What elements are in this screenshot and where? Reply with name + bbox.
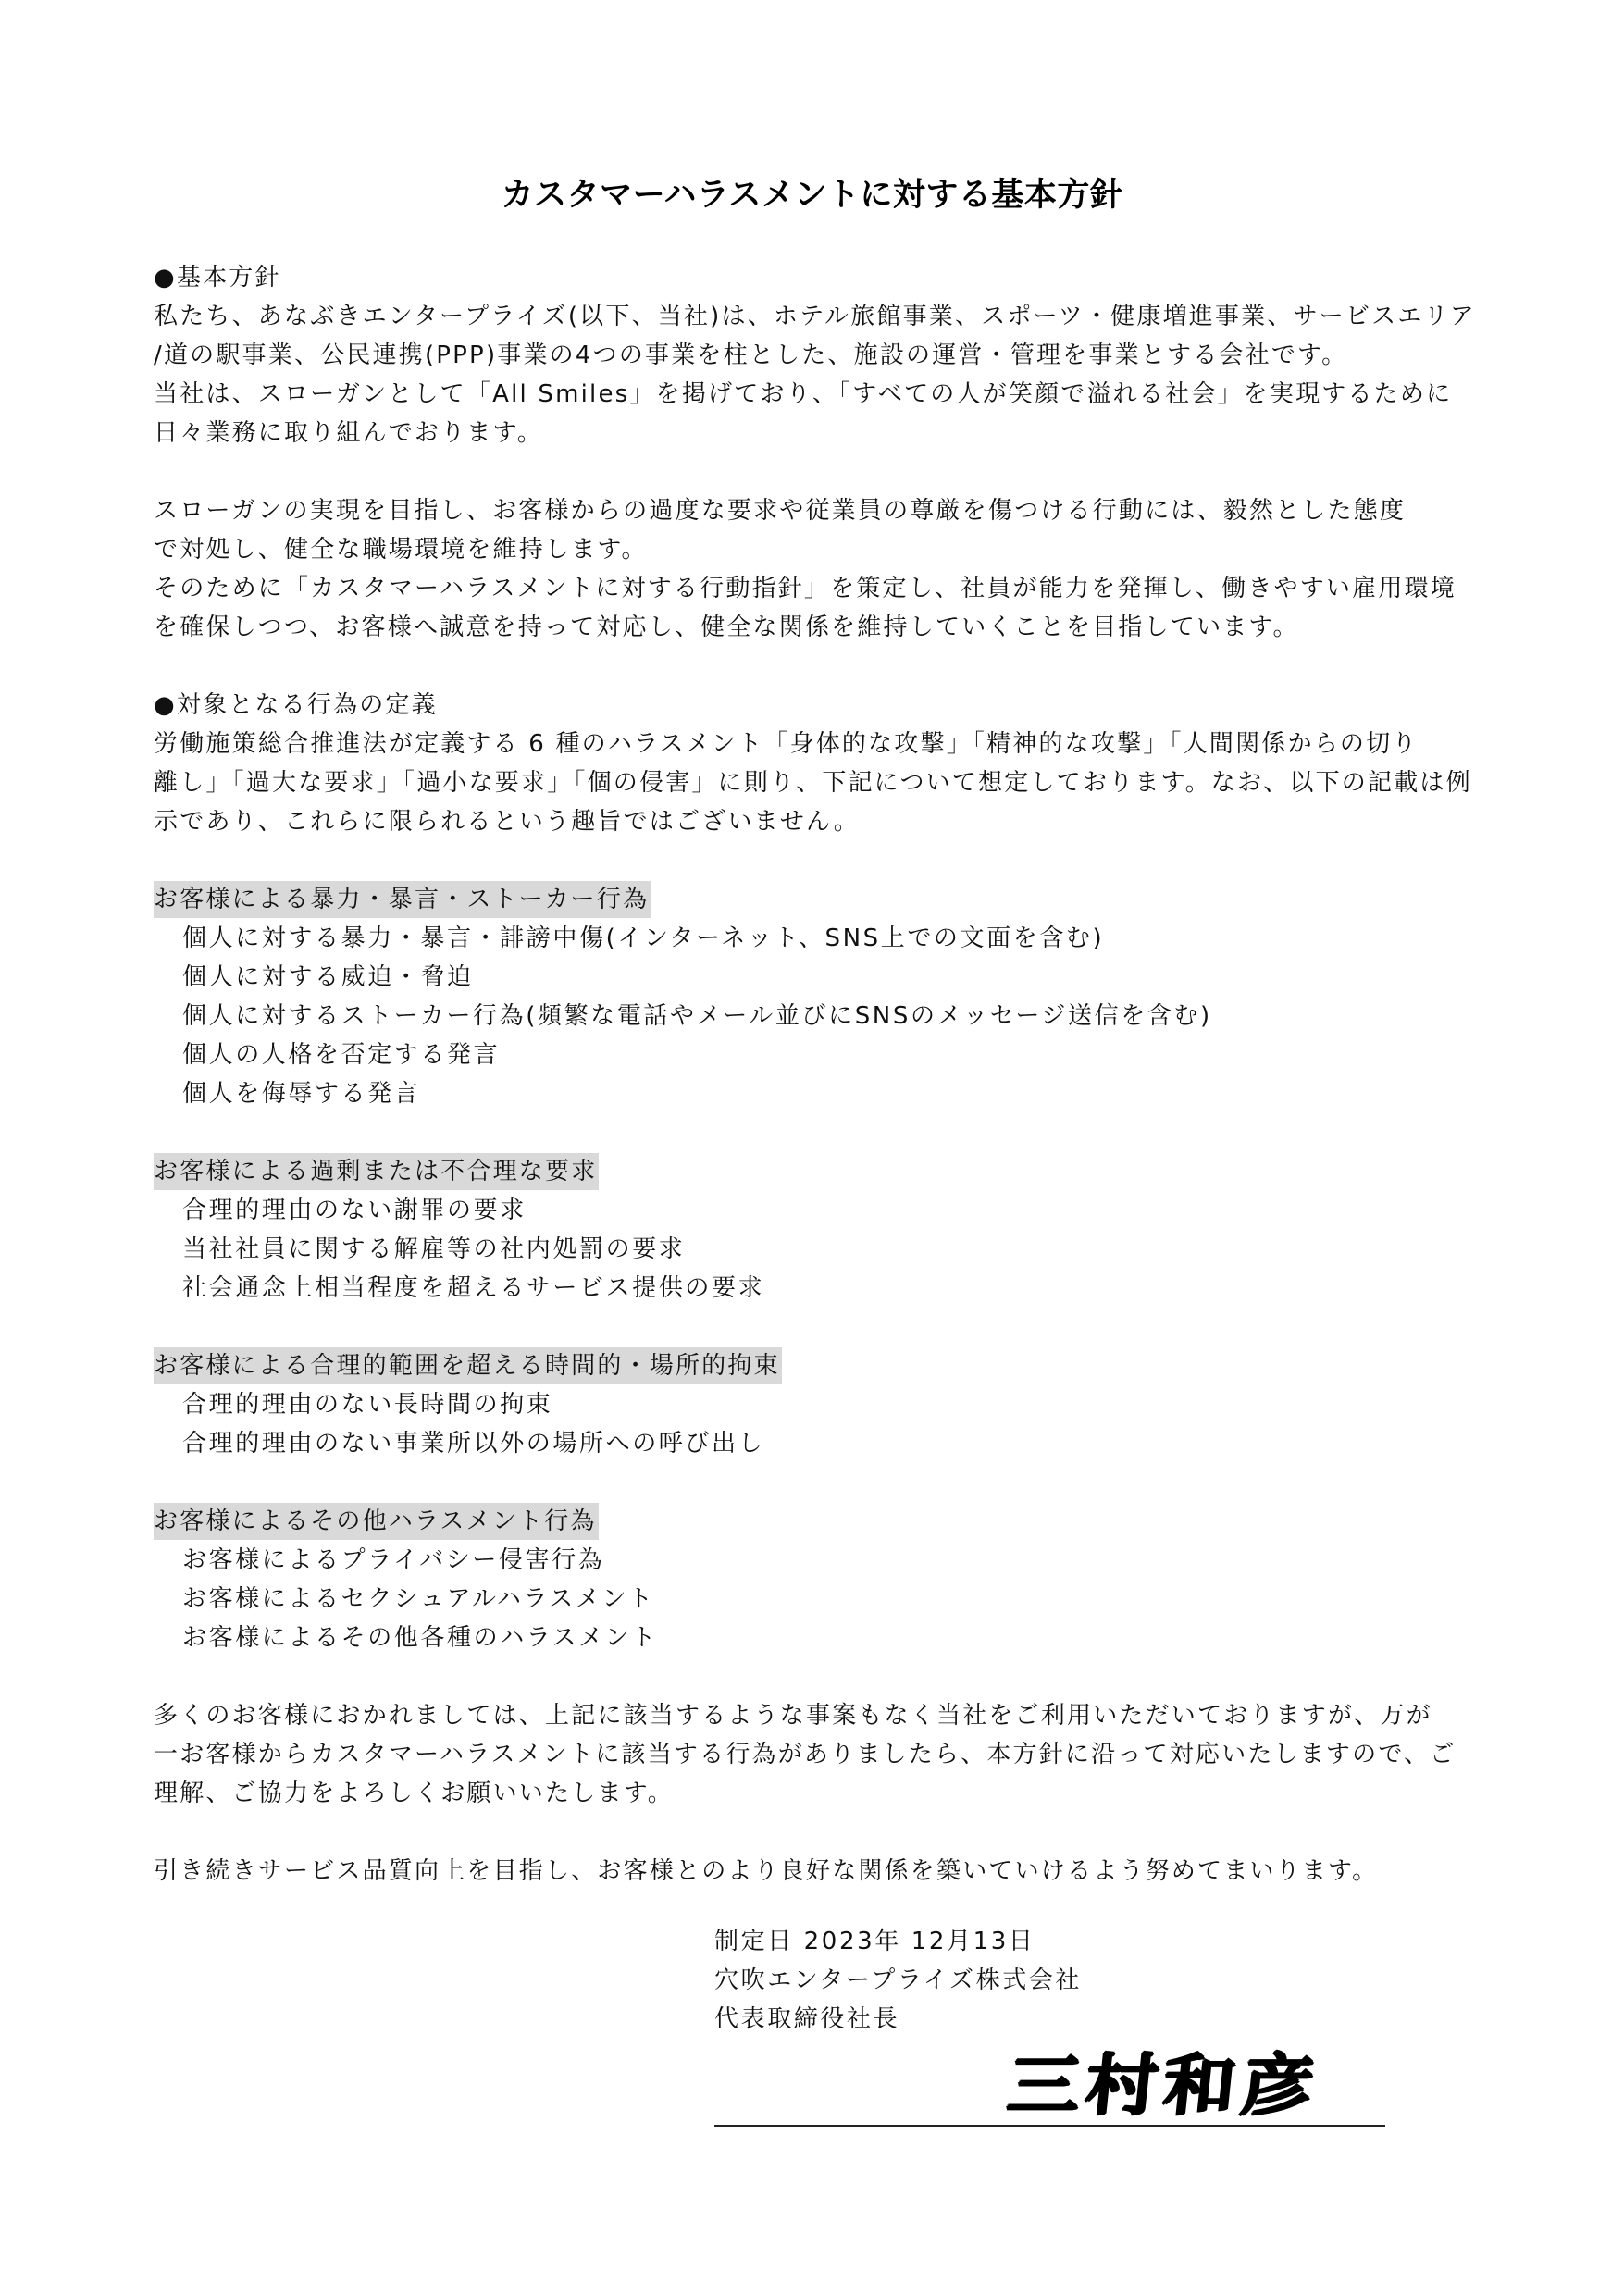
list-item: 個人の人格を否定する発言 xyxy=(154,1036,1486,1074)
list-item: 合理的理由のない長時間の拘束 xyxy=(154,1385,1486,1424)
signature-block: 制定日 2023年 12月13日 穴吹エンタープライズ株式会社 代表取締役社長 xyxy=(714,1922,1082,2039)
list-item: 当社社員に関する解雇等の社内処罰の要求 xyxy=(154,1230,1486,1269)
category-heading-text: お客様によるその他ハラスメント行為 xyxy=(154,1503,599,1540)
document-title: カスタマーハラスメントに対する基本方針 xyxy=(0,174,1624,217)
spacer xyxy=(154,1813,1486,1852)
list-item: 個人に対する暴力・暴言・誹謗中傷(インターネット、SNS上での文面を含む) xyxy=(154,919,1486,958)
spacer xyxy=(154,453,1486,491)
section-heading-definition: ●対象となる行為の定義 xyxy=(154,686,1486,725)
list-item: お客様によるプライバシー侵害行為 xyxy=(154,1541,1486,1580)
spacer xyxy=(154,1113,1486,1152)
category-heading-violence: お客様による暴力・暴言・ストーカー行為 xyxy=(154,880,1486,919)
list-item: お客様によるその他各種のハラスメント xyxy=(154,1619,1486,1657)
handwritten-signature: 三村和彦 xyxy=(1003,2032,1324,2128)
paragraph-line: で対処し、健全な職場環境を維持します。 xyxy=(154,530,1486,569)
spacer xyxy=(154,841,1486,880)
category-heading-text: お客様による過剰または不合理な要求 xyxy=(154,1153,599,1190)
paragraph-line: スローガンの実現を目指し、お客様からの過度な要求や従業員の尊厳を傷つける行動には… xyxy=(154,491,1486,530)
category-heading-text: お客様による暴力・暴言・ストーカー行為 xyxy=(154,881,651,918)
paragraph-line: 離し」「過大な要求」「過小な要求」「個の侵害」に則り、下記について想定しておりま… xyxy=(154,763,1486,802)
category-heading-text: お客様による合理的範囲を超える時間的・場所的拘束 xyxy=(154,1347,782,1384)
paragraph-line: 理解、ご協力をよろしくお願いいたします。 xyxy=(154,1774,1486,1813)
paragraph-line: 一お客様からカスタマーハラスメントに該当する行為がありましたら、本方針に沿って対… xyxy=(154,1735,1486,1774)
paragraph-line: 引き続きサービス品質向上を目指し、お客様とのより良好な関係を築いていけるよう努め… xyxy=(154,1852,1486,1891)
paragraph-line: 多くのお客様におかれましては、上記に該当するような事案もなく当社をご利用いただい… xyxy=(154,1696,1486,1735)
list-item: お客様によるセクシュアルハラスメント xyxy=(154,1580,1486,1619)
spacer xyxy=(154,1657,1486,1696)
spacer xyxy=(154,1463,1486,1502)
section-heading-basic-policy: ●基本方針 xyxy=(154,258,1486,297)
signature-underline xyxy=(714,2125,1385,2127)
list-item: 個人を侮辱する発言 xyxy=(154,1074,1486,1113)
spacer xyxy=(154,647,1486,686)
paragraph-line: そのために「カスタマーハラスメントに対する行動指針」を策定し、社員が能力を発揮し… xyxy=(154,569,1486,608)
paragraph-line: 当社は、スローガンとして「All Smiles」を掲げており、「すべての人が笑顔… xyxy=(154,375,1486,414)
list-item: 個人に対するストーカー行為(頻繁な電話やメール並びにSNSのメッセージ送信を含む… xyxy=(154,997,1486,1036)
category-heading-other-harassment: お客様によるその他ハラスメント行為 xyxy=(154,1502,1486,1541)
paragraph-line: を確保しつつ、お客様へ誠意を持って対応し、健全な関係を維持していくことを目指して… xyxy=(154,608,1486,647)
paragraph-line: 示であり、これらに限られるという趣旨ではございません。 xyxy=(154,802,1486,841)
category-heading-excessive-demands: お客様による過剰または不合理な要求 xyxy=(154,1152,1486,1191)
paragraph-line: 私たち、あなぶきエンタープライズ(以下、当社)は、ホテル旅館事業、スポーツ・健康… xyxy=(154,297,1486,336)
list-item: 社会通念上相当程度を超えるサービス提供の要求 xyxy=(154,1269,1486,1308)
category-heading-restraint: お客様による合理的範囲を超える時間的・場所的拘束 xyxy=(154,1346,1486,1385)
list-item: 合理的理由のない謝罪の要求 xyxy=(154,1191,1486,1230)
paragraph-line: 労働施策総合推進法が定義する 6 種のハラスメント「身体的な攻撃」「精神的な攻撃… xyxy=(154,725,1486,763)
spacer xyxy=(154,1308,1486,1346)
enactment-date: 制定日 2023年 12月13日 xyxy=(714,1922,1082,1961)
company-name: 穴吹エンタープライズ株式会社 xyxy=(714,1961,1082,2000)
paragraph-line: /道の駅事業、公民連携(PPP)事業の4つの事業を柱とした、施設の運営・管理を事… xyxy=(154,336,1486,375)
list-item: 個人に対する威迫・脅迫 xyxy=(154,958,1486,997)
paragraph-line: 日々業務に取り組んでおります。 xyxy=(154,414,1486,453)
document-body: ●基本方針 私たち、あなぶきエンタープライズ(以下、当社)は、ホテル旅館事業、ス… xyxy=(154,258,1486,1891)
list-item: 合理的理由のない事業所以外の場所への呼び出し xyxy=(154,1424,1486,1463)
document-page: カスタマーハラスメントに対する基本方針 ●基本方針 私たち、あなぶきエンタープラ… xyxy=(0,0,1624,2295)
